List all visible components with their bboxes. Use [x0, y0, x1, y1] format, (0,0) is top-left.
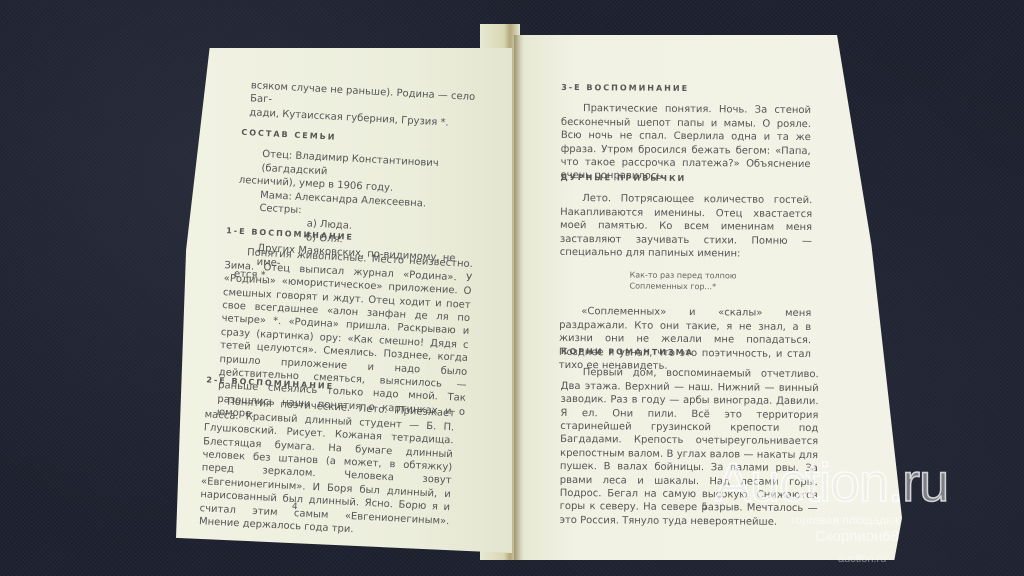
memory-2-text: Понятия поэтические. Лето. Приезжает мас…: [199, 395, 456, 542]
watermark-brand: Auction.ru: [715, 452, 948, 514]
verse-quote: Как-то раз перед толпою Соплеменных гор.…: [559, 269, 811, 293]
romanticism-heading: Корни романтизма: [561, 345, 819, 361]
bad-habits-heading: Дурные привычки: [560, 171, 812, 187]
book-spine: [514, 35, 524, 560]
left-page-number: 4: [292, 502, 298, 512]
right-page-number: 5: [702, 502, 708, 512]
open-book: всяком случае не раньше). Родина — село …: [0, 0, 1024, 576]
watermark-subtitle: торговая площадка: [790, 513, 898, 527]
memory-3-section: 3-е воспоминание Практические понятия. Н…: [560, 81, 811, 185]
memory-3-heading: 3-е воспоминание: [561, 81, 811, 97]
watermark-seller: Скорпион68: [815, 528, 899, 545]
memory-2-section: 2-е воспоминание Понятия поэтические. Ле…: [199, 373, 457, 541]
bad-habits-text: Лето. Потрясающее количество гостей. Нак…: [560, 192, 813, 261]
bad-habits-section: Дурные привычки Лето. Потрясающее количе…: [559, 171, 813, 375]
verse-line-2: Соплеменных гор...*: [629, 281, 811, 294]
watermark-url: auction.ru: [838, 553, 886, 565]
